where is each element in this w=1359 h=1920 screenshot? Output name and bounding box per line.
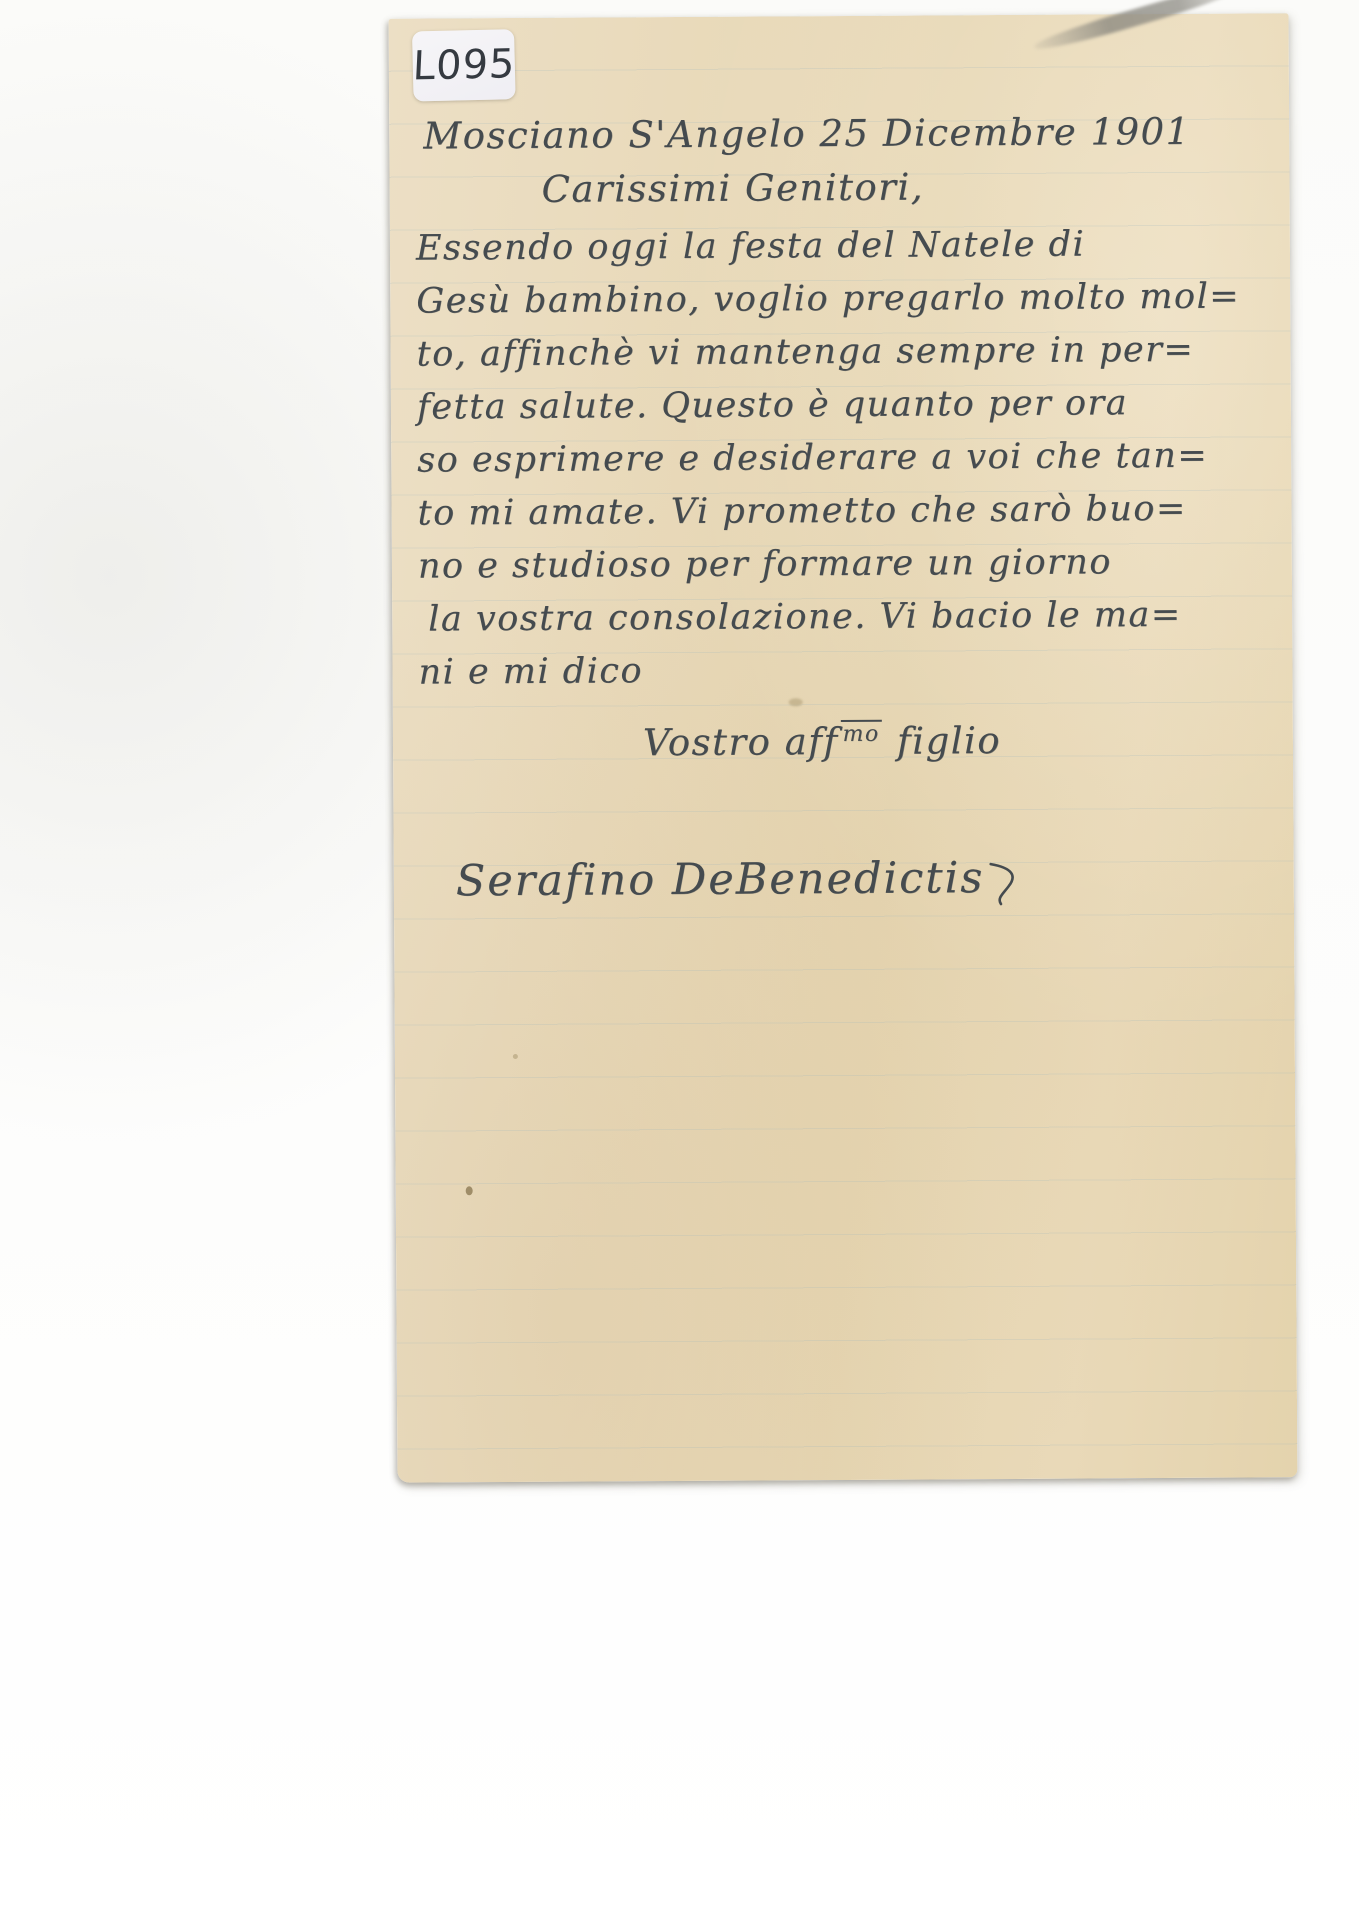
letter-body-line: fetta salute. Questo è quanto per ora — [417, 377, 1128, 434]
closing-text: Vostro aff — [643, 720, 839, 764]
letter-closing: Vostro affmo figlio — [643, 719, 1001, 764]
closing-superscript: mo — [840, 719, 881, 746]
letter-dateline: Mosciano S'Angelo 25 Dicembre 1901 — [423, 110, 1191, 158]
letter-body-line: Essendo oggi la festa del Natele di — [416, 219, 1086, 276]
paper-speck — [513, 1054, 518, 1059]
pencil-mark — [1032, 0, 1243, 55]
letter-body-line: ni e mi dico — [418, 645, 643, 699]
archive-label-text: L095 — [411, 41, 516, 89]
letter-signature: Serafino DeBenedictis — [456, 853, 1021, 920]
letter-paper: L095 Mosciano S'Angelo 25 Dicembre 1901 … — [389, 13, 1298, 1482]
scanner-bed: { "scan": { "archive_label": "L095", "co… — [0, 0, 1359, 1920]
closing-text-end: figlio — [897, 719, 1001, 763]
letter-body-line: Gesù bambino, voglio pregarlo molto mol= — [416, 271, 1240, 329]
signature-flourish-icon — [986, 862, 1020, 917]
signature-name: Serafino DeBenedictis — [456, 853, 985, 906]
paper-smudge — [789, 698, 803, 706]
letter-body-line: no e studioso per formare un giorno — [418, 536, 1112, 593]
letter-body-line: so esprimere e desiderare a voi che tan= — [417, 430, 1208, 488]
letter-body-line: to mi amate. Vi prometto che sarò buo= — [417, 483, 1187, 541]
paper-speck — [466, 1186, 473, 1195]
letter-body-line: la vostra consolazione. Vi bacio le ma= — [428, 589, 1182, 647]
letter-body-line: to, affinchè vi mantenga sempre in per= — [416, 324, 1194, 382]
archive-label-sticker: L095 — [412, 29, 516, 101]
letter-salutation: Carissimi Genitori, — [541, 165, 924, 210]
